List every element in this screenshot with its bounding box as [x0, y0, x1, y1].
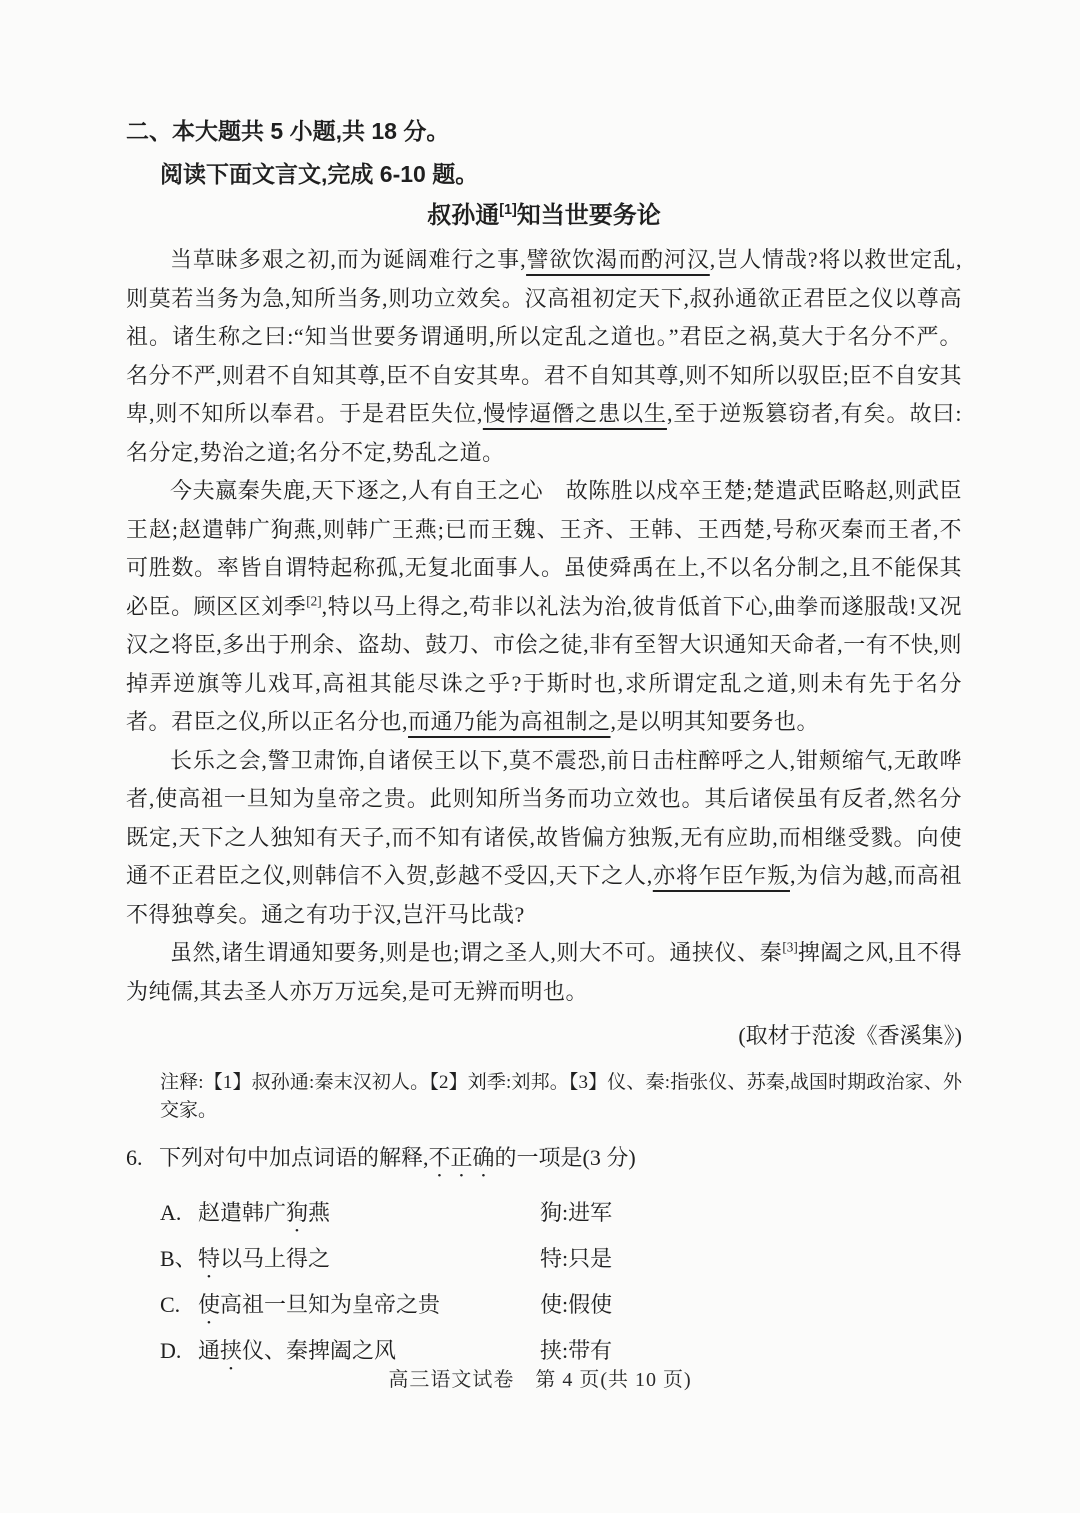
option-text: 特以马上得之 [198, 1236, 540, 1283]
page-content: 二、本大题共 5 小题,共 18 分。 阅读下面文言文,完成 6-10 题。 叔… [0, 0, 1080, 1374]
reading-instruction: 阅读下面文言文,完成 6-10 题。 [126, 159, 962, 189]
footnote-marker: [2] [306, 593, 321, 608]
emphasized-word: 挟 [220, 1338, 242, 1363]
text-segment: ,岂人情哉?将以救世定乱,则莫若当务为急,知所当务,则功立效矣。汉高祖初定天下,… [126, 247, 962, 426]
text-segment: 通 [198, 1338, 220, 1363]
question-number: 6. [126, 1141, 159, 1182]
option-label: B、 [160, 1236, 198, 1282]
passage-paragraph-2: 今夫嬴秦失鹿,天下逐之,人有自王之心 故陈胜以戍卒王楚;楚遣武臣略赵,则武臣王赵… [126, 472, 962, 742]
option-text: 赵遣韩广狥燕 [198, 1190, 540, 1237]
emphasized-word: 狥 [286, 1200, 308, 1225]
option-gloss: 使:假使 [540, 1282, 612, 1328]
passage-title: 叔孙通[1]知当世要务论 [126, 199, 962, 233]
option-text: 使高祖一旦知为皇帝之贵 [198, 1282, 540, 1329]
text-segment: 赵遣韩广 [198, 1200, 286, 1225]
emphasized-word: 不正确 [429, 1145, 495, 1170]
question-6-stem: 6. 下列对句中加点词语的解释,不正确的一项是(3 分) [126, 1141, 962, 1182]
passage-paragraph-4: 虽然,诸生谓通知要务,则是也;谓之圣人,则大不可。通挟仪、秦[3]捭阖之风,且不… [126, 934, 962, 1011]
option-row-c: C. 使高祖一旦知为皇帝之贵 使:假使 [126, 1282, 962, 1328]
option-gloss: 狥:进军 [540, 1190, 612, 1236]
question-6-options: A. 赵遣韩广狥燕 狥:进军 B、 特以马上得之 特:只是 C. 使高祖一旦知为… [126, 1190, 962, 1374]
text-segment: 当草昧多艰之初,而为诞阔难行之事, [170, 247, 526, 272]
text-segment: 高祖一旦知为皇帝之贵 [220, 1292, 440, 1317]
emphasized-word: 特 [198, 1246, 220, 1271]
question-stem-text: 下列对句中加点词语的解释,不正确的一项是(3 分) [159, 1141, 636, 1182]
text-segment: 燕 [308, 1200, 330, 1225]
passage-paragraph-3: 长乐之会,警卫肃饰,自诸侯王以下,莫不震恐,前日击柱醉呼之人,钳颊缩气,无敢哗者… [126, 742, 962, 935]
option-row-a: A. 赵遣韩广狥燕 狥:进军 [126, 1190, 962, 1236]
option-row-b: B、 特以马上得之 特:只是 [126, 1236, 962, 1282]
text-segment: 虽然,诸生谓通知要务,则是也;谓之圣人,则大不可。通挟仪、秦 [170, 940, 782, 965]
text-segment: 知当世要务论 [517, 202, 661, 229]
underlined-phrase: 而通乃能为高祖制之 [408, 709, 611, 734]
underlined-phrase: 亦将乍臣乍叛 [653, 863, 790, 888]
text-segment: 仪、秦捭阖之风 [242, 1338, 396, 1363]
text-segment: 叔孙通 [427, 202, 499, 229]
question-6: 6. 下列对句中加点词语的解释,不正确的一项是(3 分) A. 赵遣韩广狥燕 狥… [126, 1141, 962, 1374]
footnote-marker: [3] [782, 940, 797, 955]
footnotes: 注释:【1】叔孙通:秦末汉初人。【2】刘季:刘邦。【3】仪、秦:指张仪、苏秦,战… [126, 1069, 962, 1125]
source-attribution: (取材于范浚《香溪集》) [126, 1017, 962, 1055]
text-segment: 以马上得之 [220, 1246, 330, 1271]
underlined-phrase: 慢悖逼僭之患以生 [483, 401, 667, 426]
exam-paper-page: 二、本大题共 5 小题,共 18 分。 阅读下面文言文,完成 6-10 题。 叔… [0, 0, 1080, 1513]
passage-paragraph-1: 当草昧多艰之初,而为诞阔难行之事,譬欲饮渴而酌河汉,岂人情哉?将以救世定乱,则莫… [126, 241, 962, 472]
text-segment: 下列对句中加点词语的解释, [159, 1145, 429, 1170]
text-segment: 的一项是(3 分) [495, 1145, 636, 1170]
underlined-phrase: 譬欲饮渴而酌河汉 [526, 247, 710, 272]
emphasized-word: 使 [198, 1292, 220, 1317]
option-label: A. [160, 1190, 198, 1236]
text-segment: ,是以明其知要务也。 [611, 709, 820, 734]
page-footer: 高三语文试卷 第 4 页(共 10 页) [0, 1363, 1080, 1392]
section-header: 二、本大题共 5 小题,共 18 分。 [126, 116, 962, 146]
option-gloss: 特:只是 [540, 1236, 612, 1282]
option-label: C. [160, 1282, 198, 1328]
footnote-marker: [1] [499, 202, 517, 218]
